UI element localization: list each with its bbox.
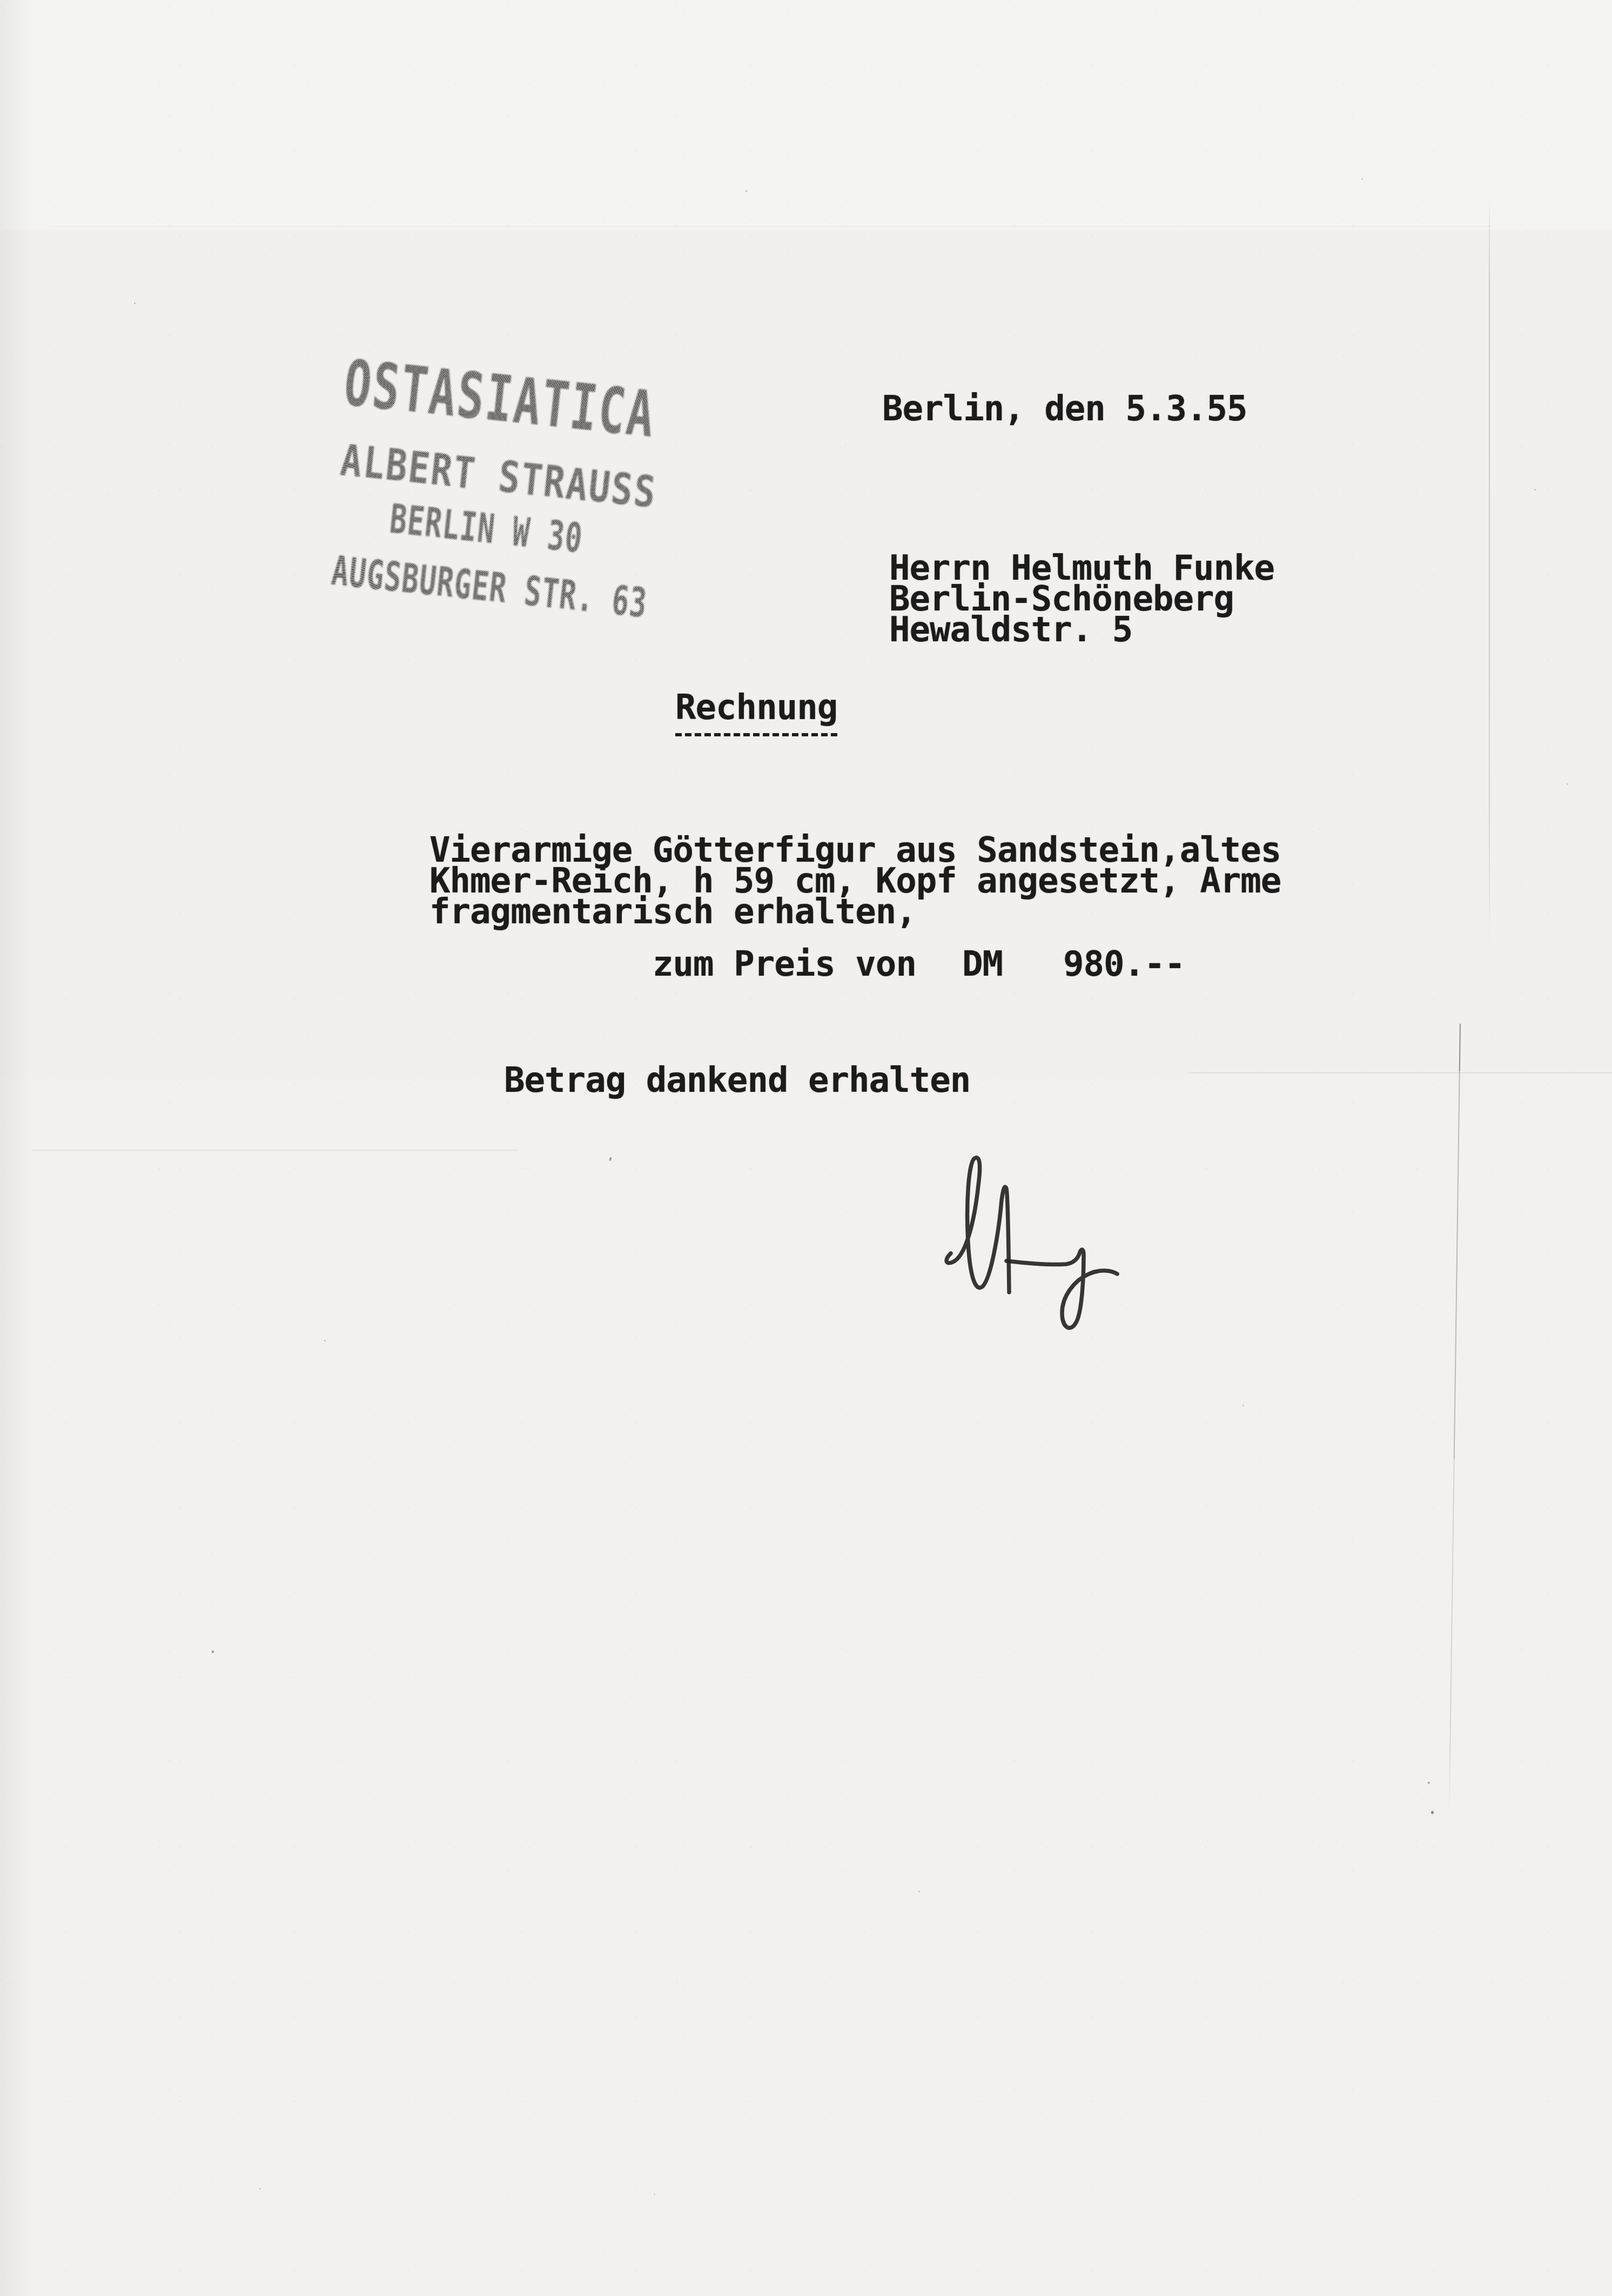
sheet-top-edge (49, 226, 1491, 227)
horizontal-crease-left (32, 1150, 519, 1151)
recipient-address-block: Herrn Helmuth FunkeBerlin-SchönebergHewa… (889, 553, 1274, 646)
horizontal-crease-right (1188, 1072, 1612, 1073)
paper-speck (259, 2188, 261, 2190)
stamp-owner-name: ALBERT STRAUSS (339, 439, 659, 515)
paper-speck (1567, 783, 1568, 785)
receipt-confirmation-line: Betrag dankend erhalten (504, 1063, 970, 1098)
paper-grain-texture (0, 0, 1612, 2296)
paper-speck (1431, 1811, 1434, 1814)
price-currency: DM (962, 947, 1003, 982)
paper-speck (324, 1340, 326, 1341)
item-description-block: Vierarmige Götterfigur aus Sandstein,alt… (429, 835, 1281, 928)
stamp-gallery-name: OSTASIATICA (341, 351, 659, 447)
price-prefix: zum Preis von (653, 947, 916, 982)
dealer-stamp: OSTASIATICA ALBERT STRAUSS BERLIN W 30 A… (306, 340, 711, 659)
stamp-city: BERLIN W 30 (388, 499, 585, 559)
paper-speck (745, 190, 747, 192)
paper-speck (1534, 489, 1536, 491)
date-line: Berlin, den 5.3.55 (882, 392, 1247, 426)
scanned-invoice-page: OSTASIATICA ALBERT STRAUSS BERLIN W 30 A… (0, 0, 1612, 2296)
recipient-street: Hewaldstr. 5 (889, 615, 1274, 646)
paper-speck (1428, 1782, 1430, 1784)
paper-speck (1242, 1405, 1244, 1406)
paper-speck (609, 1157, 612, 1162)
paper-speck (1361, 178, 1363, 180)
paper-speck (654, 2193, 655, 2195)
paper-speck (212, 1650, 214, 1653)
signature-scribble (935, 1151, 1134, 1334)
price-amount: 980.-- (1063, 947, 1185, 982)
stamp-street: AUGSBURGER STR. 63 (330, 551, 649, 624)
document-title: Rechnung (675, 688, 837, 736)
item-description-line-3: fragmentarisch erhalten, (429, 897, 1281, 928)
vertical-crease (1449, 1024, 1461, 1815)
document-title-line: Rechnung (675, 690, 837, 725)
paper-speck (134, 303, 136, 304)
sheet-right-edge (1489, 194, 1490, 951)
paper-speck (918, 1891, 920, 1892)
